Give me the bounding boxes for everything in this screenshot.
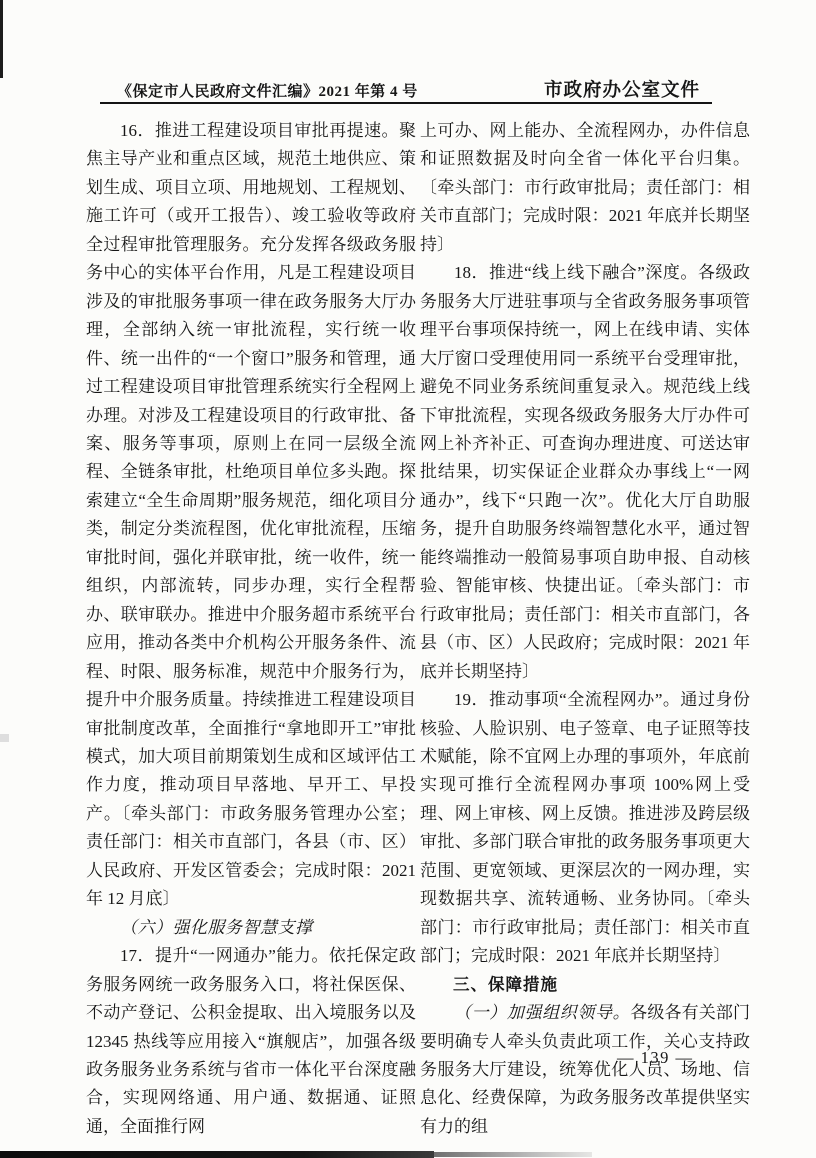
header-compilation-title: 《保定市人民政府文件汇编》2021 年第 4 号 xyxy=(117,80,418,101)
document-page: 《保定市人民政府文件汇编》2021 年第 4 号 市政府办公室文件 16．推进工… xyxy=(0,0,816,1158)
paragraph-item-17-continued: 上可办、网上能办、全流程网办，办件信息和证照数据及时向全省一体化平台归集。〔牵头… xyxy=(420,117,750,259)
text-column-left: 16．推进工程建设项目审批再提速。聚焦主导产业和重点区域，规范土地供应、策划生成… xyxy=(86,117,416,1141)
section-heading-safeguards: 三、保障措施 xyxy=(420,971,750,999)
paragraph-subitem-1-body: 各级各有关部门要明确专人牵头负责此项工作，关心支持政务服务大厅建设，统筹优化人员… xyxy=(420,1003,750,1136)
scan-artifact-bottom-dark-band xyxy=(0,1151,434,1158)
scan-artifact-bottom-gray-band xyxy=(434,1152,592,1157)
section-heading-6: （六）强化服务智慧支撑 xyxy=(86,914,416,942)
header-rule xyxy=(100,102,712,104)
page-number: — 139 — xyxy=(617,1048,694,1068)
scan-artifact-left-edge xyxy=(0,0,3,78)
paragraph-item-17: 17．提升“一网通办”能力。依托保定政务服务网统一政务服务入口，将社保医保、不动… xyxy=(86,942,416,1141)
paragraph-subitem-1: （一）加强组织领导。各级各有关部门要明确专人牵头负责此项工作，关心支持政务服务大… xyxy=(420,999,750,1141)
text-column-right: 上可办、网上能办、全流程网办，办件信息和证照数据及时向全省一体化平台归集。〔牵头… xyxy=(420,117,750,1141)
header-document-category: 市政府办公室文件 xyxy=(544,76,700,102)
scan-artifact-left-mark xyxy=(0,734,9,742)
paragraph-subitem-1-lead: （一）加强组织领导。 xyxy=(454,1003,630,1022)
paragraph-item-19: 19．推动事项“全流程网办”。通过身份核验、人脸识别、电子签章、电子证照等技术赋… xyxy=(420,686,750,971)
paragraph-item-18: 18．推进“线上线下融合”深度。各级政务服务大厅进驻事项与全省政务服务事项管理平… xyxy=(420,259,750,686)
paragraph-item-16: 16．推进工程建设项目审批再提速。聚焦主导产业和重点区域，规范土地供应、策划生成… xyxy=(86,117,416,914)
